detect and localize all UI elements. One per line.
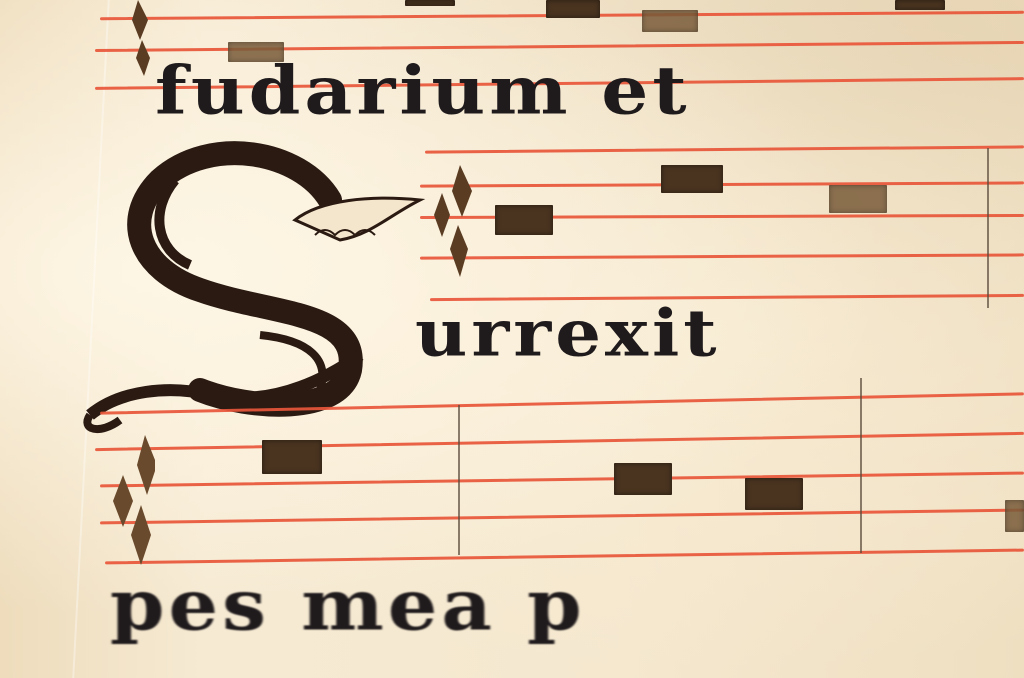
decorated-initial-S: [80, 140, 440, 440]
lyric-line-2: urrexit: [415, 294, 721, 371]
c-clef-top: [118, 0, 158, 84]
lyric-line-1: fudarium et: [155, 52, 691, 129]
lyric-line-3: pes mea p: [110, 565, 586, 647]
c-clef-bottom: [105, 435, 155, 579]
